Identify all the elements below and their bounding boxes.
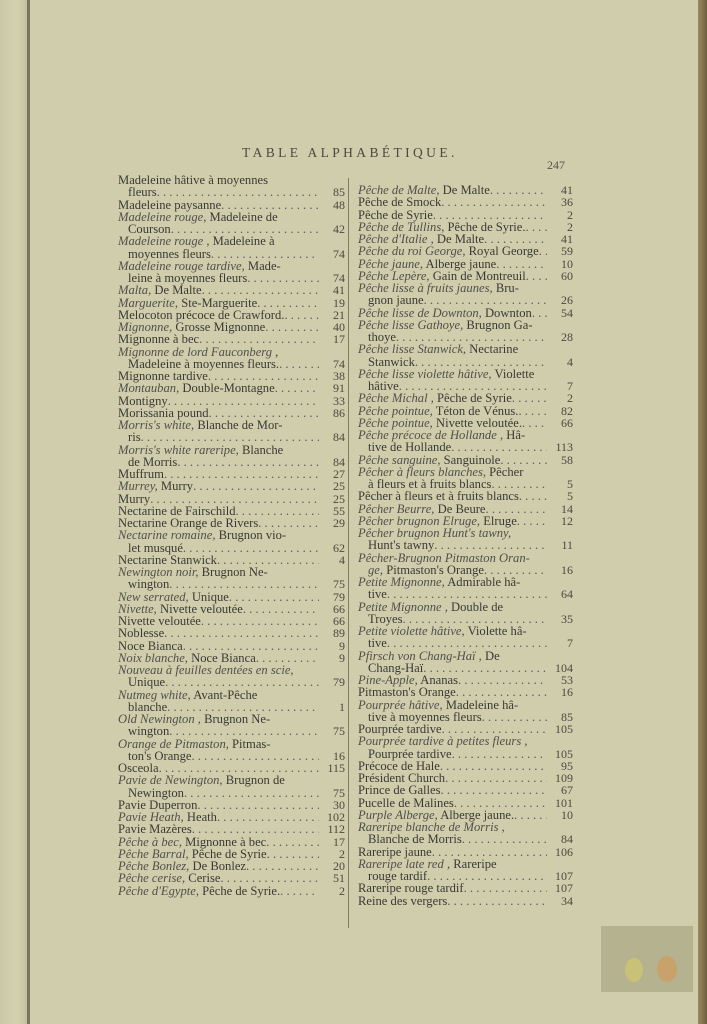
page-reference: 2 [547,209,573,221]
index-entry: Madeleine hâtive à moyennesfleurs85 [118,174,345,199]
entry-synonym: Pêcher [486,465,523,479]
entry-synonym: Madeleine de [206,210,277,224]
leader-dots [441,784,547,796]
entry-synonym: Violette [492,367,535,381]
page-reference: 17 [319,836,345,848]
entry-synonym: Rareripe [450,857,497,871]
index-entry: Mignonne de lord Fauconberg ,Madeleine à… [118,346,345,371]
leader-dots [464,882,547,894]
page-reference: 75 [319,725,345,737]
leader-dots [243,603,319,615]
leader-dots [539,245,547,257]
entry-synonym: Brugnon vio- [215,528,286,542]
page-reference: 79 [319,591,345,603]
index-entry: Orange de Pitmaston, Pitmas-ton's Orange… [118,738,345,763]
index-entry: Rareripe blanche de Morris ,Blanche de M… [358,821,573,846]
entry-synonym: Brugnon Ne- [198,565,267,579]
leader-dots [440,760,547,772]
page-reference: 84 [547,833,573,845]
entry-synonym: Blanche [239,443,283,457]
leader-dots [247,272,319,284]
index-entry: Madeleine rouge tardive, Made-leine à mo… [118,260,345,285]
index-entry-line: Reine des vergers34 [358,895,573,907]
leader-dots [452,748,547,760]
page-reference: 33 [319,395,345,407]
entry-synonym: De [482,649,500,663]
leader-dots [177,456,319,468]
leader-dots [193,480,319,492]
page-reference: 115 [319,762,345,774]
leader-dots [532,307,547,319]
page-reference: 16 [547,564,573,576]
page-reference: 35 [547,613,573,625]
page-reference: 113 [547,441,573,453]
page-reference: 105 [547,748,573,760]
index-entry-line: Murrey, Murry25 [118,480,345,492]
index-column-right: Pêche de Malte, De Malte41Pêche de Smock… [358,184,573,907]
column-divider [348,178,349,928]
entry-synonym: Bru- [493,281,519,295]
leader-dots [462,833,547,845]
page-reference: 4 [319,554,345,566]
entry-synonym: Double-Montagne [179,381,274,395]
index-entry: Old Newington , Brugnon Ne-wington75 [118,713,345,738]
index-entry-line: Petite violette hâtive, Violette hâ- [358,625,573,637]
page-reference: 59 [547,245,573,257]
index-entry: Pêcher à fleurs blanches, Pêcherà fleurs… [358,466,573,491]
page-reference: 48 [319,199,345,211]
page-reference: 1 [319,701,345,713]
leader-dots [284,309,319,321]
page-reference: 79 [319,676,345,688]
entry-synonym: Hâ- [503,428,525,442]
index-entry: Madeleine rouge, Madeleine deCourson42 [118,211,345,236]
leader-dots [514,809,547,821]
page-reference: 14 [547,503,573,515]
entry-synonym: Pitmas- [229,737,271,751]
page-reference: 7 [547,637,573,649]
page-reference: 28 [547,331,573,343]
book-left-edge [0,0,30,1024]
page-reference: 112 [319,823,345,835]
index-entry: Petite Mignonne, Admirable hâ-tive64 [358,576,573,601]
leader-dots [217,811,319,823]
leader-dots [266,836,319,848]
leader-dots [441,196,547,208]
index-entry: Nouveau à feuilles dentées en scie,Uniqu… [118,664,345,689]
index-entry: Nectarine romaine, Brugnon vio-let musqu… [118,529,345,554]
leader-dots [201,615,319,627]
leader-dots [519,490,547,502]
index-entry: Nutmeg white, Avant-Pêcheblanche1 [118,689,345,714]
index-entry: Newington noir, Brugnon Ne-wington75 [118,566,345,591]
page-reference: 11 [547,539,573,551]
leader-dots [280,885,319,897]
leader-dots [447,895,547,907]
page-reference: 25 [319,480,345,492]
leader-dots [522,417,547,429]
page-reference: 60 [547,270,573,282]
entry-text: Pêche d'Egypte, Pêche de Syrie. [118,885,280,897]
page-reference: 5 [547,490,573,502]
page-number: 247 [547,158,565,173]
index-entry: Petite violette hâtive, Violette hâ-tive… [358,625,573,650]
index-entry: Pêcher-Brugnon Pitmaston Oran-ge, Pitmas… [358,552,573,577]
page-reference: 86 [319,407,345,419]
page-reference: 12 [547,515,573,527]
index-entry: Rareripe late red , Rareriperouge tardif… [358,858,573,883]
fruit-thumbnail-image [601,926,693,992]
page-reference: 82 [547,405,573,417]
index-entry: Morris's white rareripe, Blanchede Morri… [118,444,345,469]
entry-synonym: Made- [245,259,281,273]
index-entry: Pourprée hâtive, Madeleine hâ-tive à moy… [358,699,573,724]
index-entry: Pêche lisse à fruits jaunes, Bru-gnon ja… [358,282,573,307]
page-reference: 9 [319,652,345,664]
page-reference: 107 [547,882,573,894]
page-reference: 2 [319,885,345,897]
leader-dots [445,772,547,784]
page-reference: 64 [547,588,573,600]
page-reference: 4 [547,356,573,368]
page-reference: 106 [547,846,573,858]
entry-synonym: Reine des vergers [358,894,447,908]
leader-dots [267,848,319,860]
index-entry: Pêche précoce de Hollande , Hâ-tive de H… [358,429,573,454]
page-reference: 25 [319,493,345,505]
leader-dots [279,358,319,370]
page-reference: 16 [547,686,573,698]
entry-synonym: Nectarine [466,342,518,356]
leader-dots [518,405,547,417]
page-reference: 85 [319,186,345,198]
page-reference: 29 [319,517,345,529]
index-entry: Pêche d'Egypte, Pêche de Syrie.2 [118,885,345,897]
index-entry: Pêche lisse violette hâtive, Violettehât… [358,368,573,393]
entry-synonym: Madeleine à [210,234,275,248]
page-reference: 51 [319,872,345,884]
page-title: TABLE ALPHABÉTIQUE. [242,145,458,161]
page-reference: 75 [319,578,345,590]
index-entry: Morris's white, Blanche de Mor-ris84 [118,419,345,444]
index-entry: Pfirsch von Chang-Haï , DeChang-Haï104 [358,650,573,675]
fruit-icon [657,956,677,982]
book-right-edge [698,0,707,1024]
page-reference: 101 [547,797,573,809]
entry-synonym: Blanche de Mor- [194,418,282,432]
page-reference: 34 [547,895,573,907]
fruit-icon [625,958,643,982]
index-entry-line: Morris's white, Blanche de Mor- [118,419,345,431]
entry-synonym: Brugnon de [223,773,285,787]
index-entry-line: Petite Mignonne, Admirable hâ- [358,576,573,588]
page-reference: 75 [319,787,345,799]
entry-text: Morris's white, Blanche de Mor- [118,419,282,431]
entry-synonym: Admirable hâ- [445,575,521,589]
leader-dots [265,321,319,333]
entry-synonym: Brugnon Ne- [201,712,270,726]
page-reference: 9 [319,640,345,652]
index-entry: Pavie de Newington, Brugnon deNewington7… [118,774,345,799]
leader-dots [246,860,319,872]
page-reference: 42 [319,223,345,235]
page-reference: 26 [547,294,573,306]
leader-dots [184,787,319,799]
leader-dots [458,674,547,686]
index-entry: Pêcher brugnon Hunt's tawny,Hunt's tawny… [358,527,573,552]
leader-dots [526,270,547,282]
index-entry: Pourprée tardive à petites fleurs ,Pourp… [358,735,573,760]
leader-dots [490,184,547,196]
page-reference: 10 [547,809,573,821]
index-entry: Madeleine rouge , Madeleine àmoyennes fl… [118,235,345,260]
page-reference: 67 [547,784,573,796]
index-entry: Pêche lisse Gathoye, Brugnon Ga-thoye28 [358,319,573,344]
entry-synonym: Avant-Pêche [191,688,258,702]
page-reference: 58 [547,454,573,466]
leader-dots [526,221,547,233]
entry-synonym: Violette hâ- [465,624,527,638]
page-reference: 91 [319,382,345,394]
index-entry: Petite Mignonne , Double deTroyes35 [358,601,573,626]
leader-dots [164,627,319,639]
entry-synonym: Murry [158,479,193,493]
page-reference: 2 [547,392,573,404]
index-entry: Pêche lisse Stanwick, NectarineStanwick4 [358,343,573,368]
index-entry: Reine des vergers34 [358,895,573,907]
leader-dots [482,711,547,723]
page-reference: 89 [319,627,345,639]
page-reference: 17 [319,333,345,345]
leader-dots [191,750,319,762]
entry-synonym: Brugnon Ga- [463,318,532,332]
page-reference: 10 [547,258,573,270]
entry-italic-name: Pêche d'Egypte, [118,884,199,898]
page-reference: 36 [547,196,573,208]
page-reference: 66 [547,417,573,429]
page-reference: 74 [319,248,345,260]
page-reference: 84 [319,431,345,443]
index-entry: Murrey, Murry25 [118,480,345,492]
entry-text: Reine des vergers [358,895,447,907]
index-column-left: Madeleine hâtive à moyennesfleurs85Madel… [118,174,345,897]
entry-synonym: De Malte [439,183,489,197]
leader-dots [517,515,547,527]
index-entry-line: Pêche d'Egypte, Pêche de Syrie.2 [118,885,345,897]
page-reference: 19 [319,297,345,309]
leader-dots [275,382,319,394]
entry-synonym: Double de [448,600,503,614]
page-reference: 41 [319,284,345,296]
page-reference: 62 [319,542,345,554]
entry-synonym: Pêche de Syrie. [199,884,280,898]
page-reference: 54 [547,307,573,319]
page-reference: 105 [547,723,573,735]
